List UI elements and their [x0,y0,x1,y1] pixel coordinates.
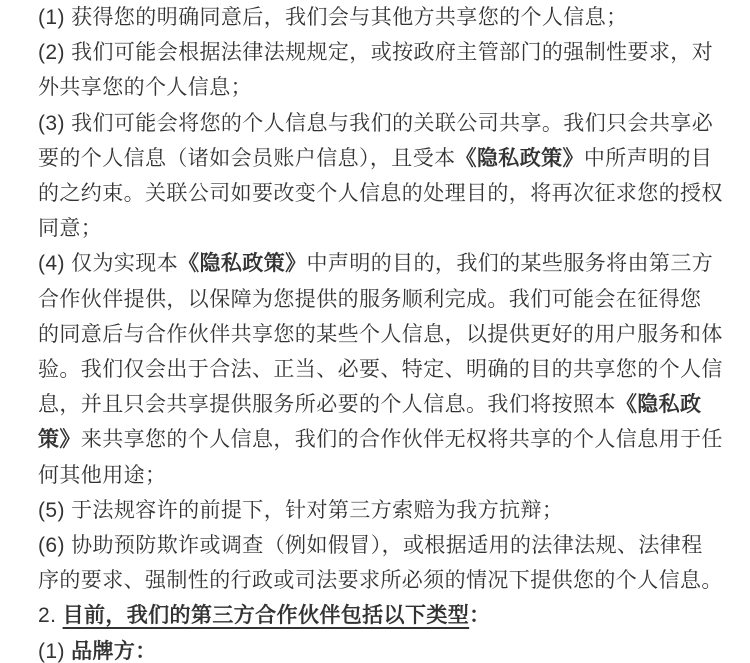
text-segment: (1) [38,640,71,663]
text-line: 何其他用途； [38,458,722,493]
bold-text: 《隐私政策》 [178,252,306,275]
text-line: 同意； [38,211,722,246]
text-segment: (3) 我们可能会将您的个人信息与我们的关联公司共享。我们只会共享必 [38,112,713,135]
text-segment: (5) 于法规容许的前提下，针对第三方索赔为我方抗辩； [38,499,563,522]
bold-text: 品牌方： [71,640,157,663]
text-segment: 外共享您的个人信息； [38,76,252,99]
text-line: 的之约束。关联公司如要改变个人信息的处理目的，将再次征求您的授权 [38,176,722,211]
text-line: 外共享您的个人信息； [38,70,722,105]
text-line: 验。我们仅会出于合法、正当、必要、特定、明确的目的共享您的个人信 [38,352,722,387]
text-segment: 中所声明的目 [584,147,712,170]
text-line: 要的个人信息（诸如会员账户信息），且受本《隐私政策》中所声明的目 [38,141,722,176]
text-line: (1) 获得您的明确同意后，我们会与其他方共享您的个人信息； [38,0,722,35]
text-line: 策》来共享您的个人信息，我们的合作伙伴无权将共享的个人信息用于任 [38,422,722,457]
text-line: (4) 仅为实现本《隐私政策》中声明的目的，我们的某些服务将由第三方 [38,246,722,281]
text-segment: 同意； [38,217,102,240]
text-segment: 何其他用途； [38,464,166,487]
text-segment: 息，并且只会共享提供服务所必要的个人信息。我们将按照本 [38,393,616,416]
section-heading-text: 目前，我们的第三方合作伙伴包括以下类型 [63,604,470,627]
text-segment: 验。我们仅会出于合法、正当、必要、特定、明确的目的共享您的个人信 [38,358,723,381]
text-line: 2. 目前，我们的第三方合作伙伴包括以下类型： [38,598,722,633]
text-line: 序的要求、强制性的行政或司法要求所必须的情况下提供您的个人信息。 [38,563,722,598]
text-segment: 2. [38,604,63,627]
text-segment: (4) 仅为实现本 [38,252,178,275]
text-segment: 的之约束。关联公司如要改变个人信息的处理目的，将再次征求您的授权 [38,182,723,205]
text-segment: 来共享您的个人信息，我们的合作伙伴无权将共享的个人信息用于任 [81,428,723,451]
privacy-policy-document: (1) 获得您的明确同意后，我们会与其他方共享您的个人信息；(2) 我们可能会根… [0,0,750,663]
text-line: 息，并且只会共享提供服务所必要的个人信息。我们将按照本《隐私政 [38,387,722,422]
text-line: 的同意后与合作伙伴共享您的某些个人信息，以提供更好的用户服务和体 [38,317,722,352]
text-line: (1) 品牌方： [38,634,722,663]
text-segment: 合作伙伴提供，以保障为您提供的服务顺利完成。我们可能会在征得您 [38,288,701,311]
document-lines: (1) 获得您的明确同意后，我们会与其他方共享您的个人信息；(2) 我们可能会根… [38,0,722,663]
text-segment: 序的要求、强制性的行政或司法要求所必须的情况下提供您的个人信息。 [38,569,723,592]
text-line: (6) 协助预防欺诈或调查（例如假冒），或根据适用的法律法规、法律程 [38,528,722,563]
text-segment: 的同意后与合作伙伴共享您的某些个人信息，以提供更好的用户服务和体 [38,323,723,346]
text-line: (2) 我们可能会根据法律法规规定，或按政府主管部门的强制性要求，对 [38,35,722,70]
bold-text: 策》 [38,428,81,451]
bold-text: ： [469,604,490,627]
text-segment: (2) 我们可能会根据法律法规规定，或按政府主管部门的强制性要求，对 [38,41,713,64]
text-segment: (1) 获得您的明确同意后，我们会与其他方共享您的个人信息； [38,6,628,29]
bold-text: 《隐私政 [616,393,702,416]
text-segment: 要的个人信息（诸如会员账户信息），且受本 [38,147,456,170]
text-line: (5) 于法规容许的前提下，针对第三方索赔为我方抗辩； [38,493,722,528]
text-line: (3) 我们可能会将您的个人信息与我们的关联公司共享。我们只会共享必 [38,106,722,141]
bold-text: 《隐私政策》 [456,147,584,170]
text-segment: (6) 协助预防欺诈或调查（例如假冒），或根据适用的法律法规、法律程 [38,534,703,557]
text-line: 合作伙伴提供，以保障为您提供的服务顺利完成。我们可能会在征得您 [38,282,722,317]
text-segment: 中声明的目的，我们的某些服务将由第三方 [307,252,714,275]
